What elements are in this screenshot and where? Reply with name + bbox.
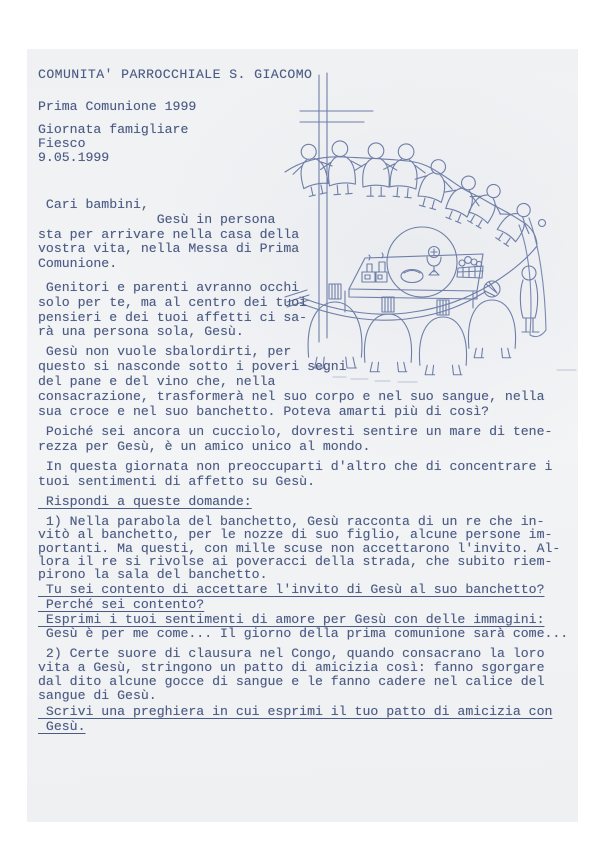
text-line: Cari bambini, [38, 198, 299, 213]
text-line: pirono la sala del banchetto. [38, 568, 560, 581]
text-line: In questa giornata non preoccuparti d'al… [38, 459, 552, 474]
text-line: rezza per Gesù, è un amico unico al mond… [38, 439, 552, 454]
text-line: Gesù in persona [38, 213, 299, 228]
text-line: dal dito alcune gocce di sangue e le fan… [38, 675, 544, 689]
text-line: 1) Nella parabola del banchetto, Gesù ra… [38, 515, 560, 528]
text-line: sta per arrivare nella casa della [38, 228, 299, 243]
text-line: portanti. Ma questi, con mille scuse non… [38, 542, 560, 555]
event-title: Prima Comunione 1999 [38, 99, 196, 114]
text-line: lora il re si rivolse ai poveracci della… [38, 555, 560, 568]
text-line: consacrazione, trasformerà nel suo corpo… [38, 389, 544, 404]
text-line: vitò al banchetto, per le nozze di suo f… [38, 528, 560, 541]
text-line: Perché sei contento? [38, 598, 568, 613]
paragraph-puppy: Poiché sei ancora un cucciolo, dovresti … [38, 424, 552, 454]
text-line: Genitori e parenti avranno occhi [38, 281, 307, 296]
text-line: del pane e del vino che, nella [38, 374, 544, 389]
chalice-icon [427, 247, 441, 276]
text-line: Poiché sei ancora un cucciolo, dovresti … [38, 424, 552, 439]
document-title: COMUNITA' PARROCCHIALE S. GIACOMO [38, 67, 312, 82]
paragraph-parents: Genitori e parenti avranno occhisolo per… [38, 281, 307, 340]
text-line: Tu sei contento di accettare l'invito di… [38, 583, 568, 598]
host-circle [387, 227, 457, 297]
paragraph-hidden-signs: Gesù non vuole sbalordirti, perquesto si… [38, 344, 544, 419]
text-line: Comunione. [38, 257, 299, 272]
child-back-head [382, 297, 394, 312]
paragraph-question-1: 1) Nella parabola del banchetto, Gesù ra… [38, 515, 560, 581]
child-figure [288, 140, 338, 198]
text-line: questo si nasconde sotto i poveri segni [38, 359, 544, 374]
paragraph-intro: Cari bambini, Gesù in personasta per arr… [38, 198, 299, 272]
question-1-prompts: Tu sei contento di accettare l'invito di… [38, 583, 568, 642]
paragraph-focus: In questa giornata non preoccuparti d'al… [38, 459, 552, 489]
text-line: sangue di Gesù. [38, 689, 544, 703]
text-line: pensieri e dei tuoi affetti ci sa- [38, 311, 307, 326]
text-line: 2) Certe suore di clausura nel Congo, qu… [38, 647, 544, 661]
text-line: Gesù. [38, 719, 552, 734]
text-line: Gesù non vuole sbalordirti, per [38, 344, 544, 359]
scanned-document: { "colors": { "ink": "#4c5b83", "drawing… [0, 0, 595, 842]
question-2-prompt: Scrivi una preghiera in cui esprimi il t… [38, 704, 552, 734]
text-line: solo per te, ma al centro dei tuoi [38, 296, 307, 311]
questions-title: Rispondi a queste domande: [38, 494, 252, 509]
text-line: Rispondi a queste domande: [38, 494, 252, 509]
text-line: Gesù è per me come... Il giorno della pr… [38, 627, 568, 642]
child-figure [355, 143, 397, 196]
child-figure [487, 195, 541, 252]
event-date: 9.05.1999 [38, 150, 109, 165]
child-figure [459, 177, 512, 234]
text-line: sua croce e nel suo banchetto. Poteva am… [38, 404, 544, 419]
text-line: Esprimi i tuoi sentimenti di amore per G… [38, 613, 568, 628]
event-subtitle: Giornata famigliare [38, 122, 188, 137]
text-line: tuoi sentimenti di affetto su Gesù. [38, 474, 552, 489]
child-figure [319, 139, 364, 195]
bread-icon [401, 270, 423, 283]
child-back-head [329, 284, 341, 299]
child-figure [436, 170, 488, 228]
event-location: Fiesco [38, 136, 85, 151]
paragraph-question-2: 2) Certe suore di clausura nel Congo, qu… [38, 647, 544, 703]
text-line: Scrivi una preghiera in cui esprimi il t… [38, 704, 552, 719]
text-line: vostra vita, nella Messa di Prima [38, 242, 299, 257]
text-line: rà una persona sola, Gesù. [38, 325, 307, 340]
text-line: vita a Gesù, stringono un patto di amici… [38, 661, 544, 675]
